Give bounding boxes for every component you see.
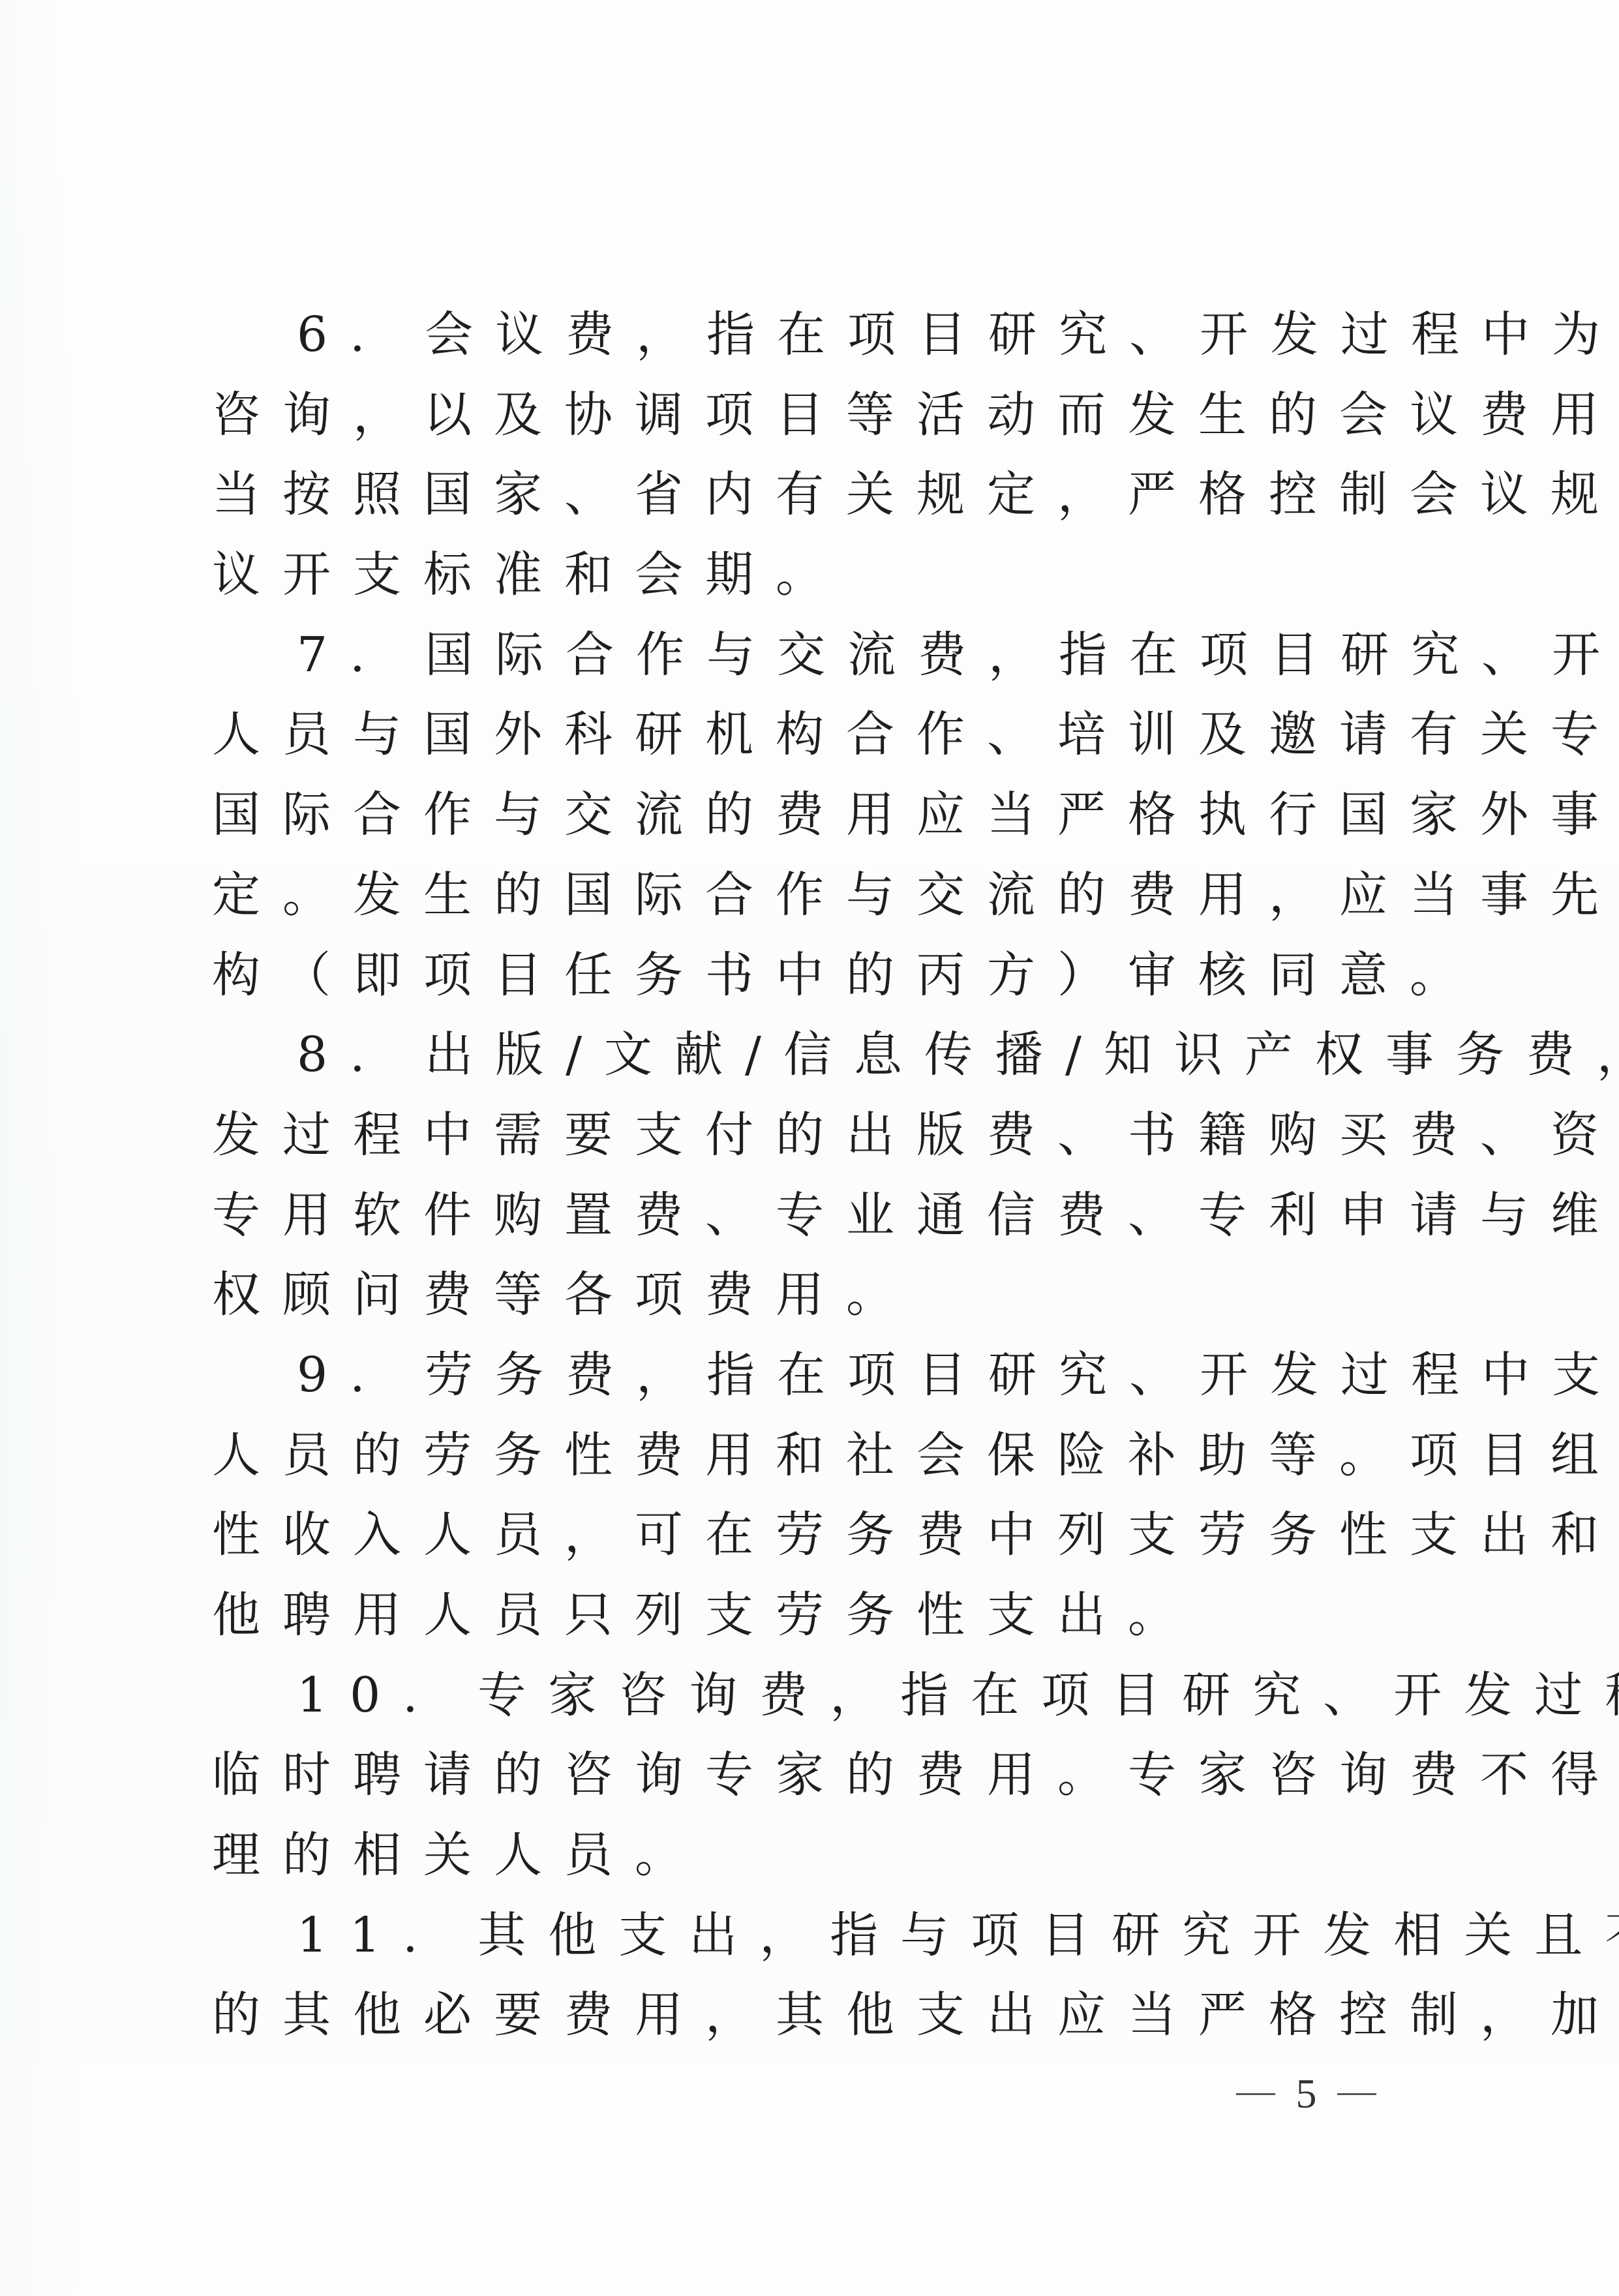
page-number-value: 5: [1296, 2070, 1317, 2118]
page-number: 5: [1236, 2068, 1376, 2120]
paragraph-7-line-5: 构（即项目任务书中的丙方）审核同意。: [212, 935, 1415, 1016]
paragraph-7-line-1: 7. 国际合作与交流费，指在项目研究、开发过程中项目组: [212, 615, 1412, 695]
paragraph-6-line-3: 当按照国家、省内有关规定，严格控制会议规模、会议数量、会: [212, 455, 1412, 535]
paragraph-9-line-4: 他聘用人员只列支劳务性支出。: [212, 1575, 1415, 1655]
paragraph-9-line-2: 人员的劳务性费用和社会保险补助等。项目组聘用人员中非工资: [212, 1415, 1412, 1496]
body-text: 6. 会议费，指在项目研究、开发过程中为组织开展研讨、 咨询，以及协调项目等活动…: [212, 295, 1415, 2055]
paragraph-11-line-1: 11. 其他支出，指与项目研究开发相关且不能列入上述费用: [212, 1896, 1412, 1976]
paragraph-7-line-4: 定。发生的国际合作与交流的费用，应当事先报项目实施管理机: [212, 855, 1412, 935]
paragraph-10-line-3: 理的相关人员。: [212, 1815, 1415, 1896]
paragraph-11-line-2: 的其他必要费用，其他支出应当严格控制，加强审核和监督，在: [212, 1975, 1412, 2055]
paragraph-6-line-2: 咨询，以及协调项目等活动而发生的会议费用。项目承担单位应: [212, 375, 1412, 455]
paragraph-10-line-1: 10. 专家咨询费，指在项目研究、开发过程中按标准支付给: [212, 1655, 1412, 1736]
paragraph-6-line-4: 议开支标准和会期。: [212, 535, 1415, 615]
paragraph-9-line-1: 9. 劳务费，指在项目研究、开发过程中支付给项目组聘用: [212, 1335, 1412, 1415]
paragraph-10-line-2: 临时聘请的咨询专家的费用。专家咨询费不得支付给参与项目管: [212, 1735, 1412, 1815]
paragraph-7-line-3: 国际合作与交流的费用应当严格执行国家外事经费管理的有关规: [212, 775, 1412, 855]
paragraph-8-line-1: 8. 出版/文献/信息传播/知识产权事务费，指项目研究、开: [212, 1015, 1412, 1095]
paragraph-8-line-3: 专用软件购置费、专业通信费、专利申请与维护费，以及知识产: [212, 1175, 1412, 1256]
scanned-page: 6. 会议费，指在项目研究、开发过程中为组织开展研讨、 咨询，以及协调项目等活动…: [0, 0, 1619, 2296]
paragraph-8-line-4: 权顾问费等各项费用。: [212, 1255, 1415, 1335]
paragraph-9-line-3: 性收入人员，可在劳务费中列支劳务性支出和社会保险补助，其: [212, 1495, 1412, 1575]
paragraph-6-line-1: 6. 会议费，指在项目研究、开发过程中为组织开展研讨、: [212, 295, 1412, 375]
paragraph-7-line-2: 人员与国外科研机构合作、培训及邀请有关专家来闽工作等费用。: [212, 695, 1412, 775]
page-number-left-dash: [1236, 2093, 1275, 2095]
paragraph-8-line-2: 发过程中需要支付的出版费、书籍购买费、资料费、文献检索费、: [212, 1095, 1412, 1175]
page-number-right-dash: [1337, 2093, 1376, 2095]
